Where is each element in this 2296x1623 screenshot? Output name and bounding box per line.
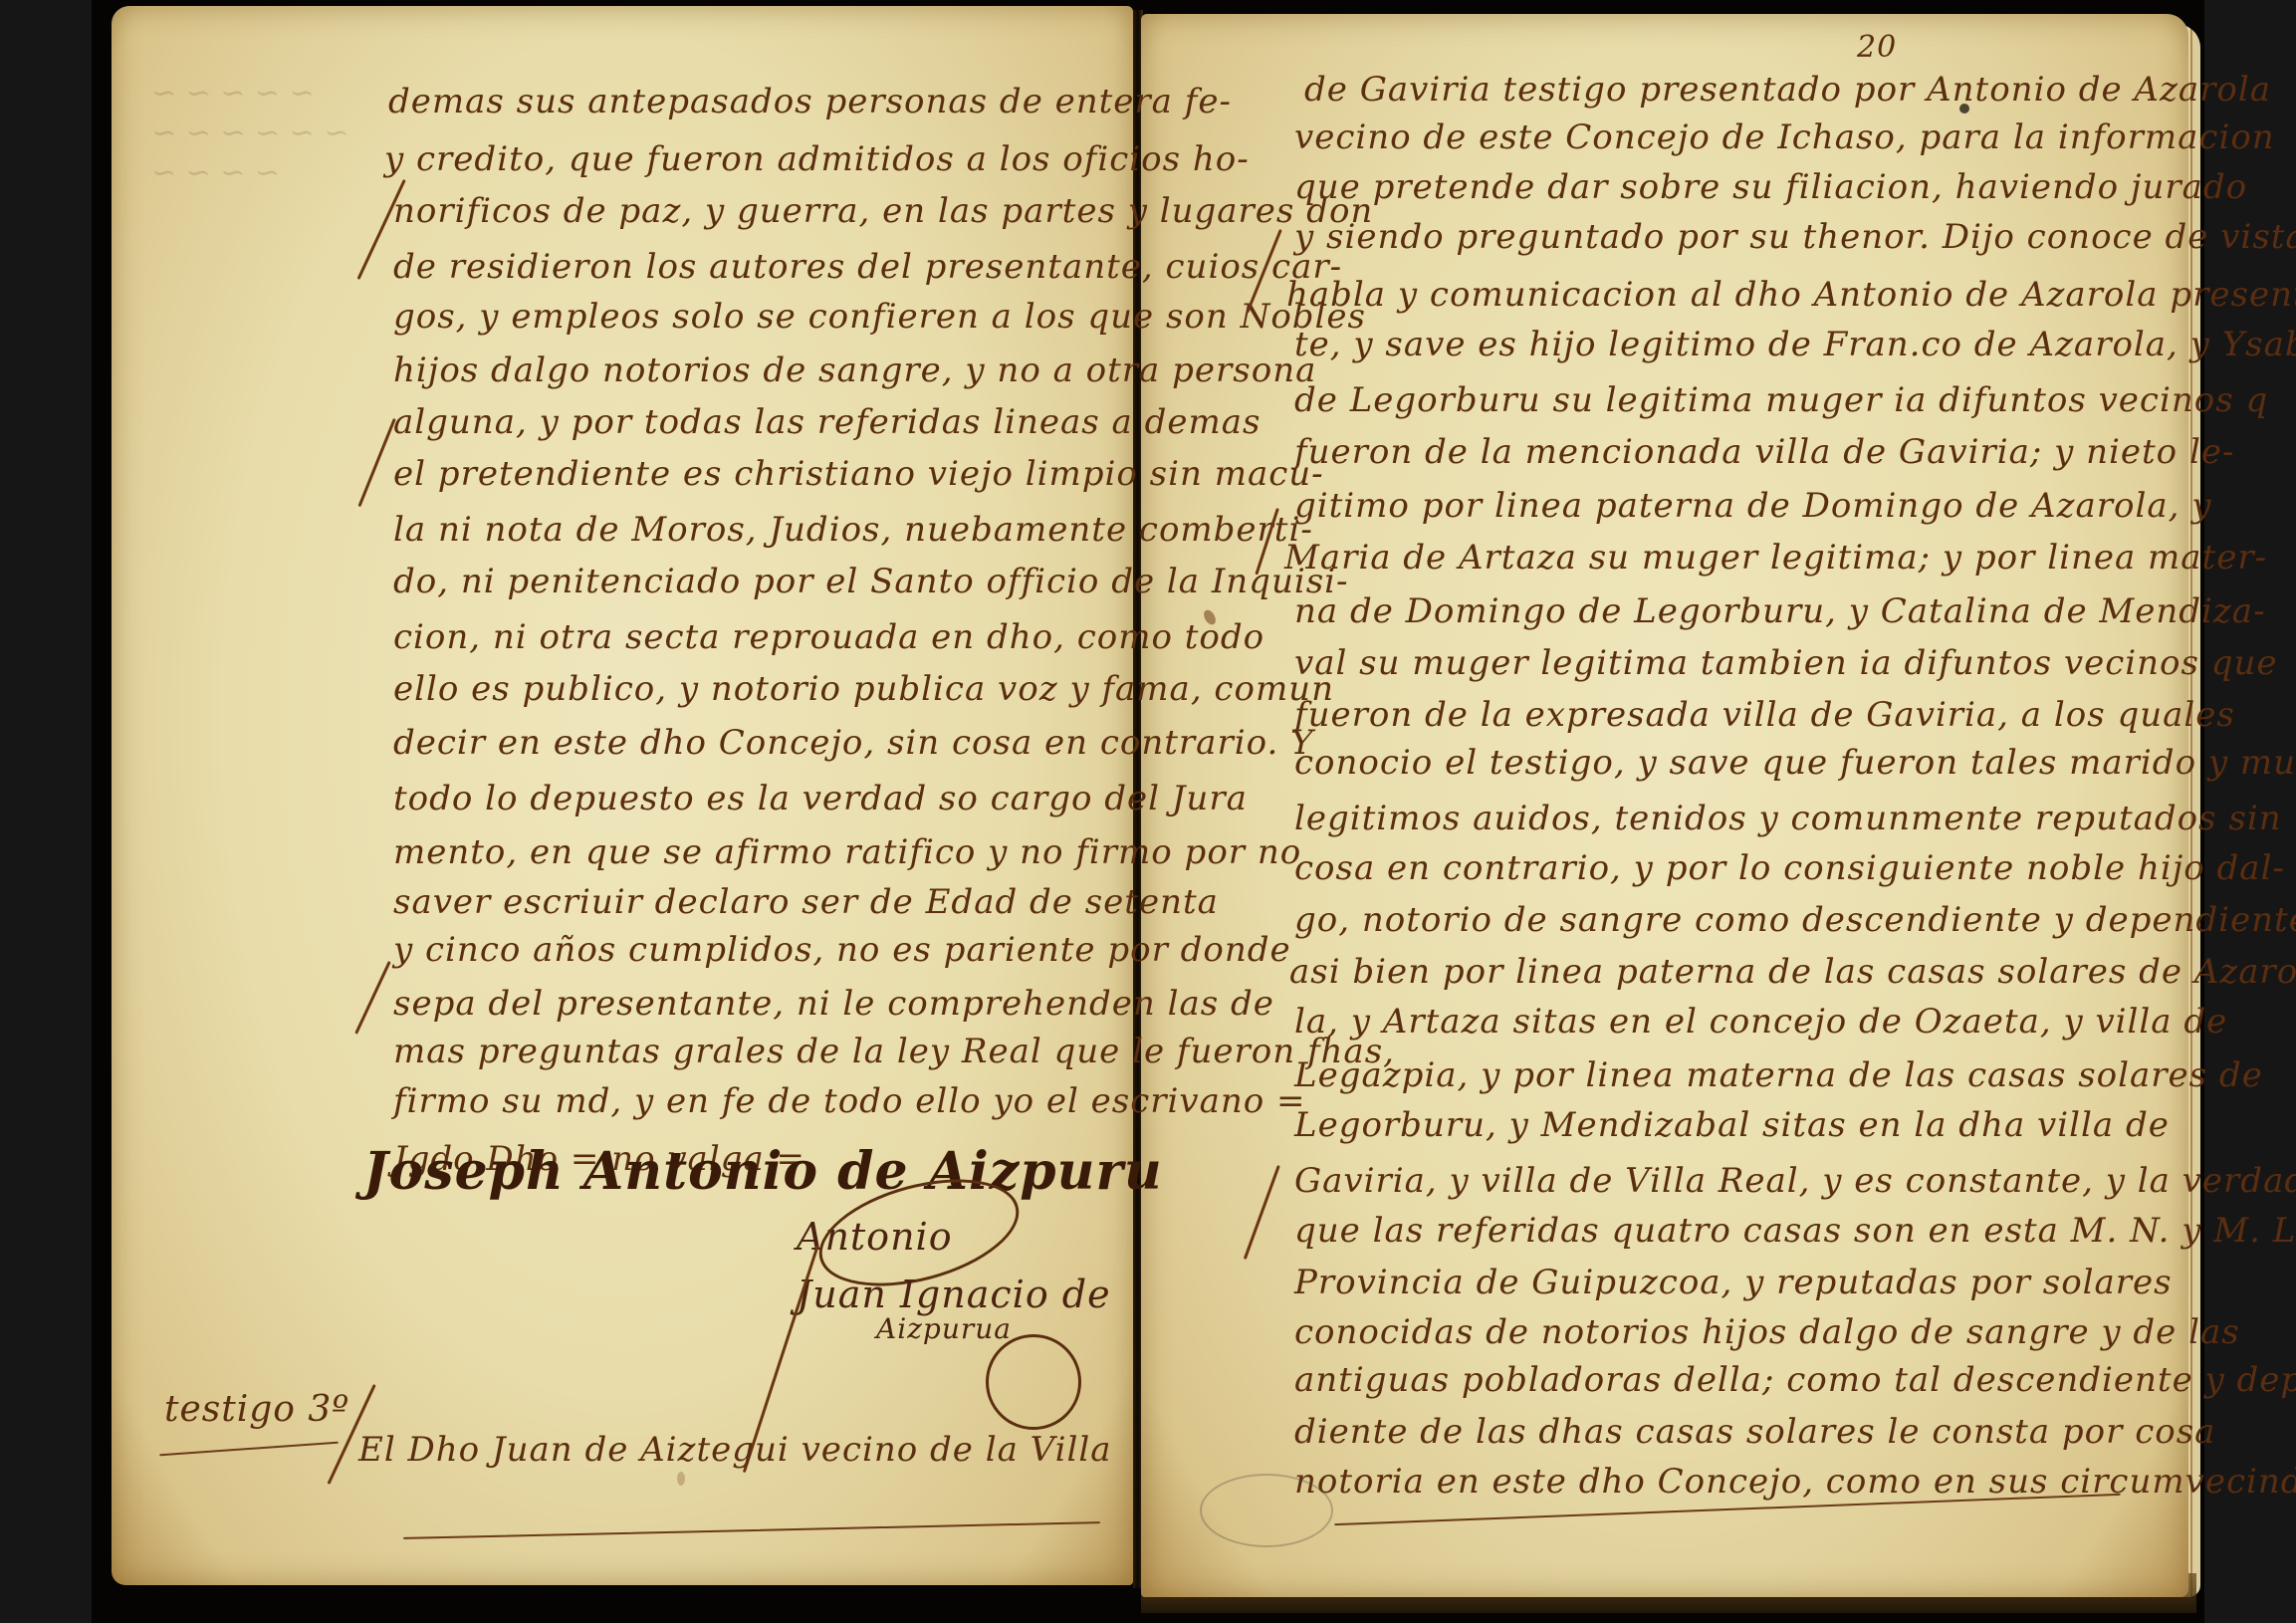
text-line: diente de las dhas casas solares le cons…: [1294, 1412, 2215, 1452]
text-line: gos, y empleos solo se confieren a los q…: [393, 297, 1366, 337]
text-line: todo lo depuesto es la verdad so cargo d…: [393, 779, 1248, 818]
text-line: Legazpia, y por linea materna de las cas…: [1294, 1055, 2263, 1095]
text-line: que las referidas quatro casas son en es…: [1294, 1211, 2296, 1251]
ink-stain: [677, 1472, 685, 1486]
bleed-through-circle: [1200, 1474, 1333, 1547]
signature-rubric: Aizpurua: [876, 1312, 1012, 1345]
text-line: na de Domingo de Legorburu, y Catalina d…: [1294, 591, 2266, 631]
text-line: do, ni penitenciado por el Santo officio…: [393, 562, 1349, 601]
text-line: conocidas de notorios hijos dalgo de san…: [1294, 1312, 2240, 1352]
text-line: fueron de la expresada villa de Gaviria,…: [1294, 695, 2235, 735]
text-line: el pretendiente es christiano viejo limp…: [393, 454, 1324, 494]
left-side-bar: [0, 0, 92, 1623]
text-line: cion, ni otra secta reprouada en dho, co…: [393, 617, 1264, 657]
text-line: y credito, que fueron admitidos a los of…: [384, 139, 1250, 179]
text-line: de residieron los autores del presentant…: [393, 247, 1342, 287]
text-line: saver escriuir declaro ser de Edad de se…: [393, 882, 1219, 922]
text-line: Provincia de Guipuzcoa, y reputadas por …: [1294, 1263, 2173, 1302]
ink-spot: [1959, 104, 1969, 114]
text-line: vecino de este Concejo de Ichaso, para l…: [1294, 117, 2275, 157]
text-line: go, notorio de sangre como descendiente …: [1294, 900, 2296, 940]
page-number: 20: [1857, 30, 1897, 65]
text-line: mento, en que se afirmo ratifico y no fi…: [393, 832, 1301, 872]
text-line: demas sus antepasados personas de entera…: [388, 82, 1232, 121]
text-line: alguna, y por todas las referidas lineas…: [393, 402, 1261, 442]
text-line: cosa en contrario, y por lo consiguiente…: [1294, 848, 2285, 888]
text-line: te, y save es hijo legitimo de Fran.co d…: [1294, 325, 2296, 364]
text-line: Maria de Artaza su muger legitima; y por…: [1284, 538, 2267, 578]
text-line: de Gaviria testigo presentado por Antoni…: [1304, 70, 2271, 110]
signature-flourish: [986, 1334, 1081, 1430]
closing-line: El Dho Juan de Aiztegui vecino de la Vil…: [358, 1430, 1112, 1470]
text-line: legitimos auidos, tenidos y comunmente r…: [1294, 799, 2282, 838]
text-line: la ni nota de Moros, Judios, nuebamente …: [393, 510, 1313, 550]
text-line: fueron de la mencionada villa de Gaviria…: [1294, 432, 2234, 472]
text-line: de Legorburu su legitima muger ia difunt…: [1294, 380, 2268, 420]
text-line: la, y Artaza sitas en el concejo de Ozae…: [1294, 1002, 2227, 1042]
text-line: y siendo preguntado por su thenor. Dijo …: [1294, 217, 2296, 257]
text-line: decir en este dho Concejo, sin cosa en c…: [393, 723, 1314, 763]
text-line: Legorburu, y Mendizabal sitas en la dha …: [1294, 1105, 2170, 1145]
text-line: ello es publico, y notorio publica voz y…: [393, 669, 1334, 709]
signature-rubric: Juan Ignacio de: [797, 1273, 1111, 1316]
text-line: mas preguntas grales de la ley Real que …: [393, 1032, 1395, 1071]
text-line: conocio el testigo, y save que fueron ta…: [1294, 743, 2296, 783]
text-line: firmo su md, y en fe de todo ello yo el …: [393, 1081, 1306, 1121]
text-line: habla y comunicacion al dho Antonio de A…: [1286, 275, 2296, 315]
text-line: asi bien por linea paterna de las casas …: [1289, 952, 2296, 992]
text-line: antiguas pobladoras della; como tal desc…: [1294, 1360, 2296, 1400]
text-line: gitimo por linea paterna de Domingo de A…: [1294, 486, 2211, 526]
text-line: y cinco años cumplidos, no es pariente p…: [393, 930, 1291, 970]
signature-primary: Joseph Antonio de Aizpuru: [363, 1141, 1163, 1202]
text-line: sepa del presentante, ni le comprehenden…: [393, 984, 1274, 1024]
text-line: norificos de paz, y guerra, en las parte…: [393, 191, 1373, 231]
text-line: hijos dalgo notorios de sangre, y no a o…: [393, 350, 1316, 390]
text-line: val su muger legitima tambien ia difunto…: [1294, 643, 2278, 683]
text-line: notoria en este dho Concejo, como en sus…: [1294, 1462, 2296, 1502]
text-line: que pretende dar sobre su filiacion, hav…: [1294, 167, 2247, 207]
text-line: Gaviria, y villa de Villa Real, y es con…: [1294, 1161, 2296, 1201]
witness-margin-note: testigo 3º: [164, 1389, 349, 1430]
